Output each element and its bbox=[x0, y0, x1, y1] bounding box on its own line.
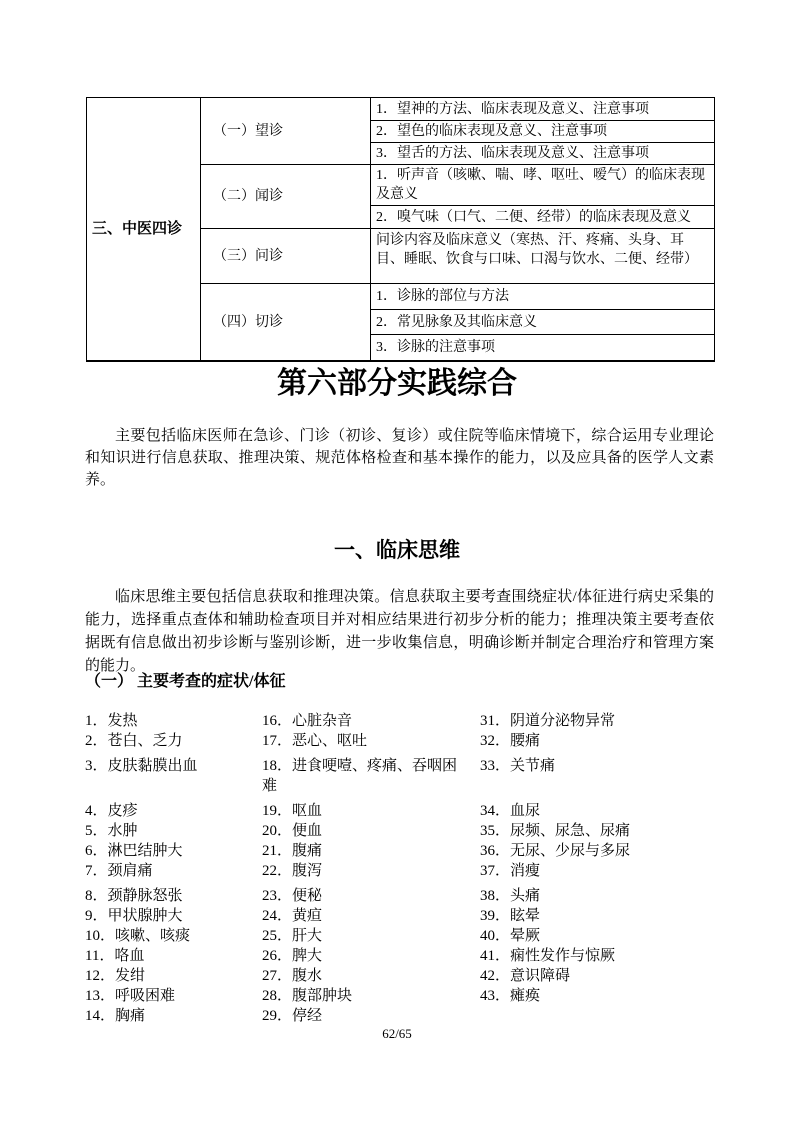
symptoms-row: 13．呼吸困难 28．腹部肿块 43．瘫痪 bbox=[85, 986, 715, 1006]
symptom-item: 17．恶心、呕吐 bbox=[262, 731, 480, 751]
symptom-item: 33．关节痛 bbox=[480, 756, 715, 776]
document-page: 三、中医四诊 （一）望诊 1．望神的方法、临床表现及意义、注意事项 2．望色的临… bbox=[0, 0, 794, 1123]
symptoms-row: 2．苍白、乏力 17．恶心、呕吐 32．腰痛 bbox=[85, 731, 715, 751]
symptoms-row: 11．咯血 26．脾大 41．痫性发作与惊厥 bbox=[85, 946, 715, 966]
table-method-cell-listening: （二）闻诊 bbox=[201, 165, 371, 229]
symptom-item-empty bbox=[480, 1006, 715, 1026]
symptoms-row: 3．皮肤黏膜出血 18．进食哽噎、疼痛、吞咽困难 33．关节痛 bbox=[85, 756, 715, 796]
symptom-item: 8．颈静脉怒张 bbox=[85, 886, 262, 906]
symptom-item: 10．咳嗽、咳痰 bbox=[85, 926, 262, 946]
symptom-item: 39．眩晕 bbox=[480, 906, 715, 926]
symptom-item: 6．淋巴结肿大 bbox=[85, 841, 262, 861]
symptom-item: 24．黄疸 bbox=[262, 906, 480, 926]
symptom-item: 38．头痛 bbox=[480, 886, 715, 906]
symptom-item: 35．尿频、尿急、尿痛 bbox=[480, 821, 715, 841]
symptoms-row: 1．发热 16．心脏杂音 31．阴道分泌物异常 bbox=[85, 711, 715, 731]
symptoms-row: 7．颈肩痛 22．腹泻 37．消瘦 bbox=[85, 861, 715, 881]
symptom-item: 4．皮疹 bbox=[85, 801, 262, 821]
subsection-title: （一） 主要考查的症状/体征 bbox=[85, 668, 285, 691]
table-method-cell-inquiry: （三）问诊 bbox=[201, 229, 371, 284]
symptoms-row: 10．咳嗽、咳痰 25．肝大 40．晕厥 bbox=[85, 926, 715, 946]
symptom-item: 3．皮肤黏膜出血 bbox=[85, 756, 262, 776]
symptom-item: 28．腹部肿块 bbox=[262, 986, 480, 1006]
symptom-item: 37．消瘦 bbox=[480, 861, 715, 881]
symptoms-list: 1．发热 16．心脏杂音 31．阴道分泌物异常 2．苍白、乏力 17．恶心、呕吐… bbox=[85, 711, 715, 1026]
symptom-item: 31．阴道分泌物异常 bbox=[480, 711, 715, 731]
symptom-item: 9．甲状腺肿大 bbox=[85, 906, 262, 926]
table-detail-cell: 1．诊脉的部位与方法 bbox=[371, 284, 715, 310]
symptom-item: 22．腹泻 bbox=[262, 861, 480, 881]
symptom-item: 26．脾大 bbox=[262, 946, 480, 966]
symptom-item: 12．发绀 bbox=[85, 966, 262, 986]
symptom-item: 7．颈肩痛 bbox=[85, 861, 262, 881]
symptom-item: 36．无尿、少尿与多尿 bbox=[480, 841, 715, 861]
symptom-item: 25．肝大 bbox=[262, 926, 480, 946]
tcm-four-diagnoses-table: 三、中医四诊 （一）望诊 1．望神的方法、临床表现及意义、注意事项 2．望色的临… bbox=[86, 97, 715, 362]
symptom-item: 29．停经 bbox=[262, 1006, 480, 1026]
table-detail-cell: 1．望神的方法、临床表现及意义、注意事项 bbox=[371, 98, 715, 121]
section-title: 一、临床思维 bbox=[0, 534, 794, 564]
part-title: 第六部分实践综合 bbox=[0, 358, 794, 402]
symptom-item: 16．心脏杂音 bbox=[262, 711, 480, 731]
symptom-item: 20．便血 bbox=[262, 821, 480, 841]
table-method-cell-palpation: （四）切诊 bbox=[201, 284, 371, 362]
symptom-item: 13．呼吸困难 bbox=[85, 986, 262, 1006]
table-detail-cell: 2．嗅气味（口气、二便、经带）的临床表现及意义 bbox=[371, 206, 715, 229]
table-detail-cell: 问诊内容及临床意义（寒热、汗、疼痛、头身、耳目、睡眠、饮食与口味、口渴与饮水、二… bbox=[371, 229, 715, 284]
part-intro-paragraph: 主要包括临床医师在急诊、门诊（初诊、复诊）或住院等临床情境下，综合运用专业理论和… bbox=[85, 425, 714, 491]
symptoms-row: 12．发绀 27．腹水 42．意识障碍 bbox=[85, 966, 715, 986]
table-detail-cell: 3．望舌的方法、临床表现及意义、注意事项 bbox=[371, 143, 715, 165]
table-detail-cell: 2．常见脉象及其临床意义 bbox=[371, 310, 715, 335]
symptom-item: 11．咯血 bbox=[85, 946, 262, 966]
symptom-item: 41．痫性发作与惊厥 bbox=[480, 946, 715, 966]
section-intro-paragraph: 临床思维主要包括信息获取和推理决策。信息获取主要考查围绕症状/体征进行病史采集的… bbox=[85, 586, 714, 678]
symptoms-row: 5．水肿 20．便血 35．尿频、尿急、尿痛 bbox=[85, 821, 715, 841]
table-method-cell-inspection: （一）望诊 bbox=[201, 98, 371, 165]
table-detail-cell: 2．望色的临床表现及意义、注意事项 bbox=[371, 121, 715, 143]
symptoms-row: 14．胸痛 29．停经 bbox=[85, 1006, 715, 1026]
symptom-item: 32．腰痛 bbox=[480, 731, 715, 751]
table-detail-cell: 1．听声音（咳嗽、喘、哮、呕吐、嗳气）的临床表现及意义 bbox=[371, 165, 715, 206]
symptoms-row: 6．淋巴结肿大 21．腹痛 36．无尿、少尿与多尿 bbox=[85, 841, 715, 861]
symptom-item: 34．血尿 bbox=[480, 801, 715, 821]
symptom-item: 23．便秘 bbox=[262, 886, 480, 906]
table-category-cell: 三、中医四诊 bbox=[87, 98, 201, 362]
symptom-item: 14．胸痛 bbox=[85, 1006, 262, 1026]
symptom-item: 27．腹水 bbox=[262, 966, 480, 986]
symptom-item: 18．进食哽噎、疼痛、吞咽困难 bbox=[262, 756, 480, 796]
symptom-item: 42．意识障碍 bbox=[480, 966, 715, 986]
symptom-item: 1．发热 bbox=[85, 711, 262, 731]
symptoms-row: 9．甲状腺肿大 24．黄疸 39．眩晕 bbox=[85, 906, 715, 926]
symptom-item: 2．苍白、乏力 bbox=[85, 731, 262, 751]
page-number: 62/65 bbox=[0, 1026, 794, 1042]
symptom-item: 5．水肿 bbox=[85, 821, 262, 841]
symptom-item: 43．瘫痪 bbox=[480, 986, 715, 1006]
symptom-item: 19．呕血 bbox=[262, 801, 480, 821]
symptom-item: 40．晕厥 bbox=[480, 926, 715, 946]
symptom-item: 21．腹痛 bbox=[262, 841, 480, 861]
symptoms-row: 4．皮疹 19．呕血 34．血尿 bbox=[85, 801, 715, 821]
table-row: 三、中医四诊 （一）望诊 1．望神的方法、临床表现及意义、注意事项 bbox=[87, 98, 715, 121]
symptoms-row: 8．颈静脉怒张 23．便秘 38．头痛 bbox=[85, 886, 715, 906]
